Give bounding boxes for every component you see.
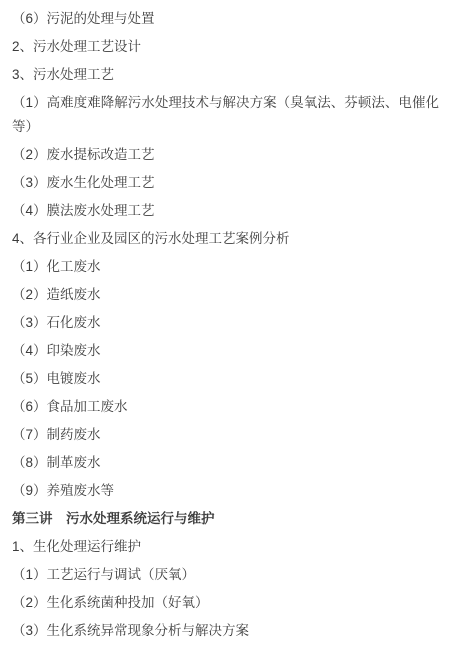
document-line: （9）养殖废水等 [12, 479, 439, 503]
document-line: 4、各行业企业及园区的污水处理工艺案例分析 [12, 227, 439, 251]
document-line: （3）废水生化处理工艺 [12, 171, 439, 195]
document-line: （2）废水提标改造工艺 [12, 143, 439, 167]
document-line: （5）电镀废水 [12, 367, 439, 391]
document-line: （8）制革废水 [12, 451, 439, 475]
document-line: （2）造纸废水 [12, 283, 439, 307]
document-line: （2）生化系统菌种投加（好氧） [12, 591, 439, 615]
document-line: （3）石化废水 [12, 311, 439, 335]
document-line: （4）膜法废水处理工艺 [12, 199, 439, 223]
document-line: （1）工艺运行与调试（厌氧） [12, 563, 439, 587]
document-body: （6）污泥的处理与处置2、污水处理工艺设计3、污水处理工艺（1）高难度难降解污水… [0, 0, 450, 654]
document-line: （6）食品加工废水 [12, 395, 439, 419]
document-line: （6）污泥的处理与处置 [12, 7, 439, 31]
document-line: 1、生化处理运行维护 [12, 535, 439, 559]
document-line: （1）高难度难降解污水处理技术与解决方案（臭氧法、芬顿法、电催化等） [12, 91, 439, 139]
document-line: 第三讲 污水处理系统运行与维护 [12, 507, 439, 531]
document-line: （1）化工废水 [12, 255, 439, 279]
document-line: 3、污水处理工艺 [12, 63, 439, 87]
document-line: （4）印染废水 [12, 339, 439, 363]
document-line: （7）制药废水 [12, 423, 439, 447]
document-line: （3）生化系统异常现象分析与解决方案 [12, 619, 439, 643]
document-line: 2、污水处理工艺设计 [12, 35, 439, 59]
